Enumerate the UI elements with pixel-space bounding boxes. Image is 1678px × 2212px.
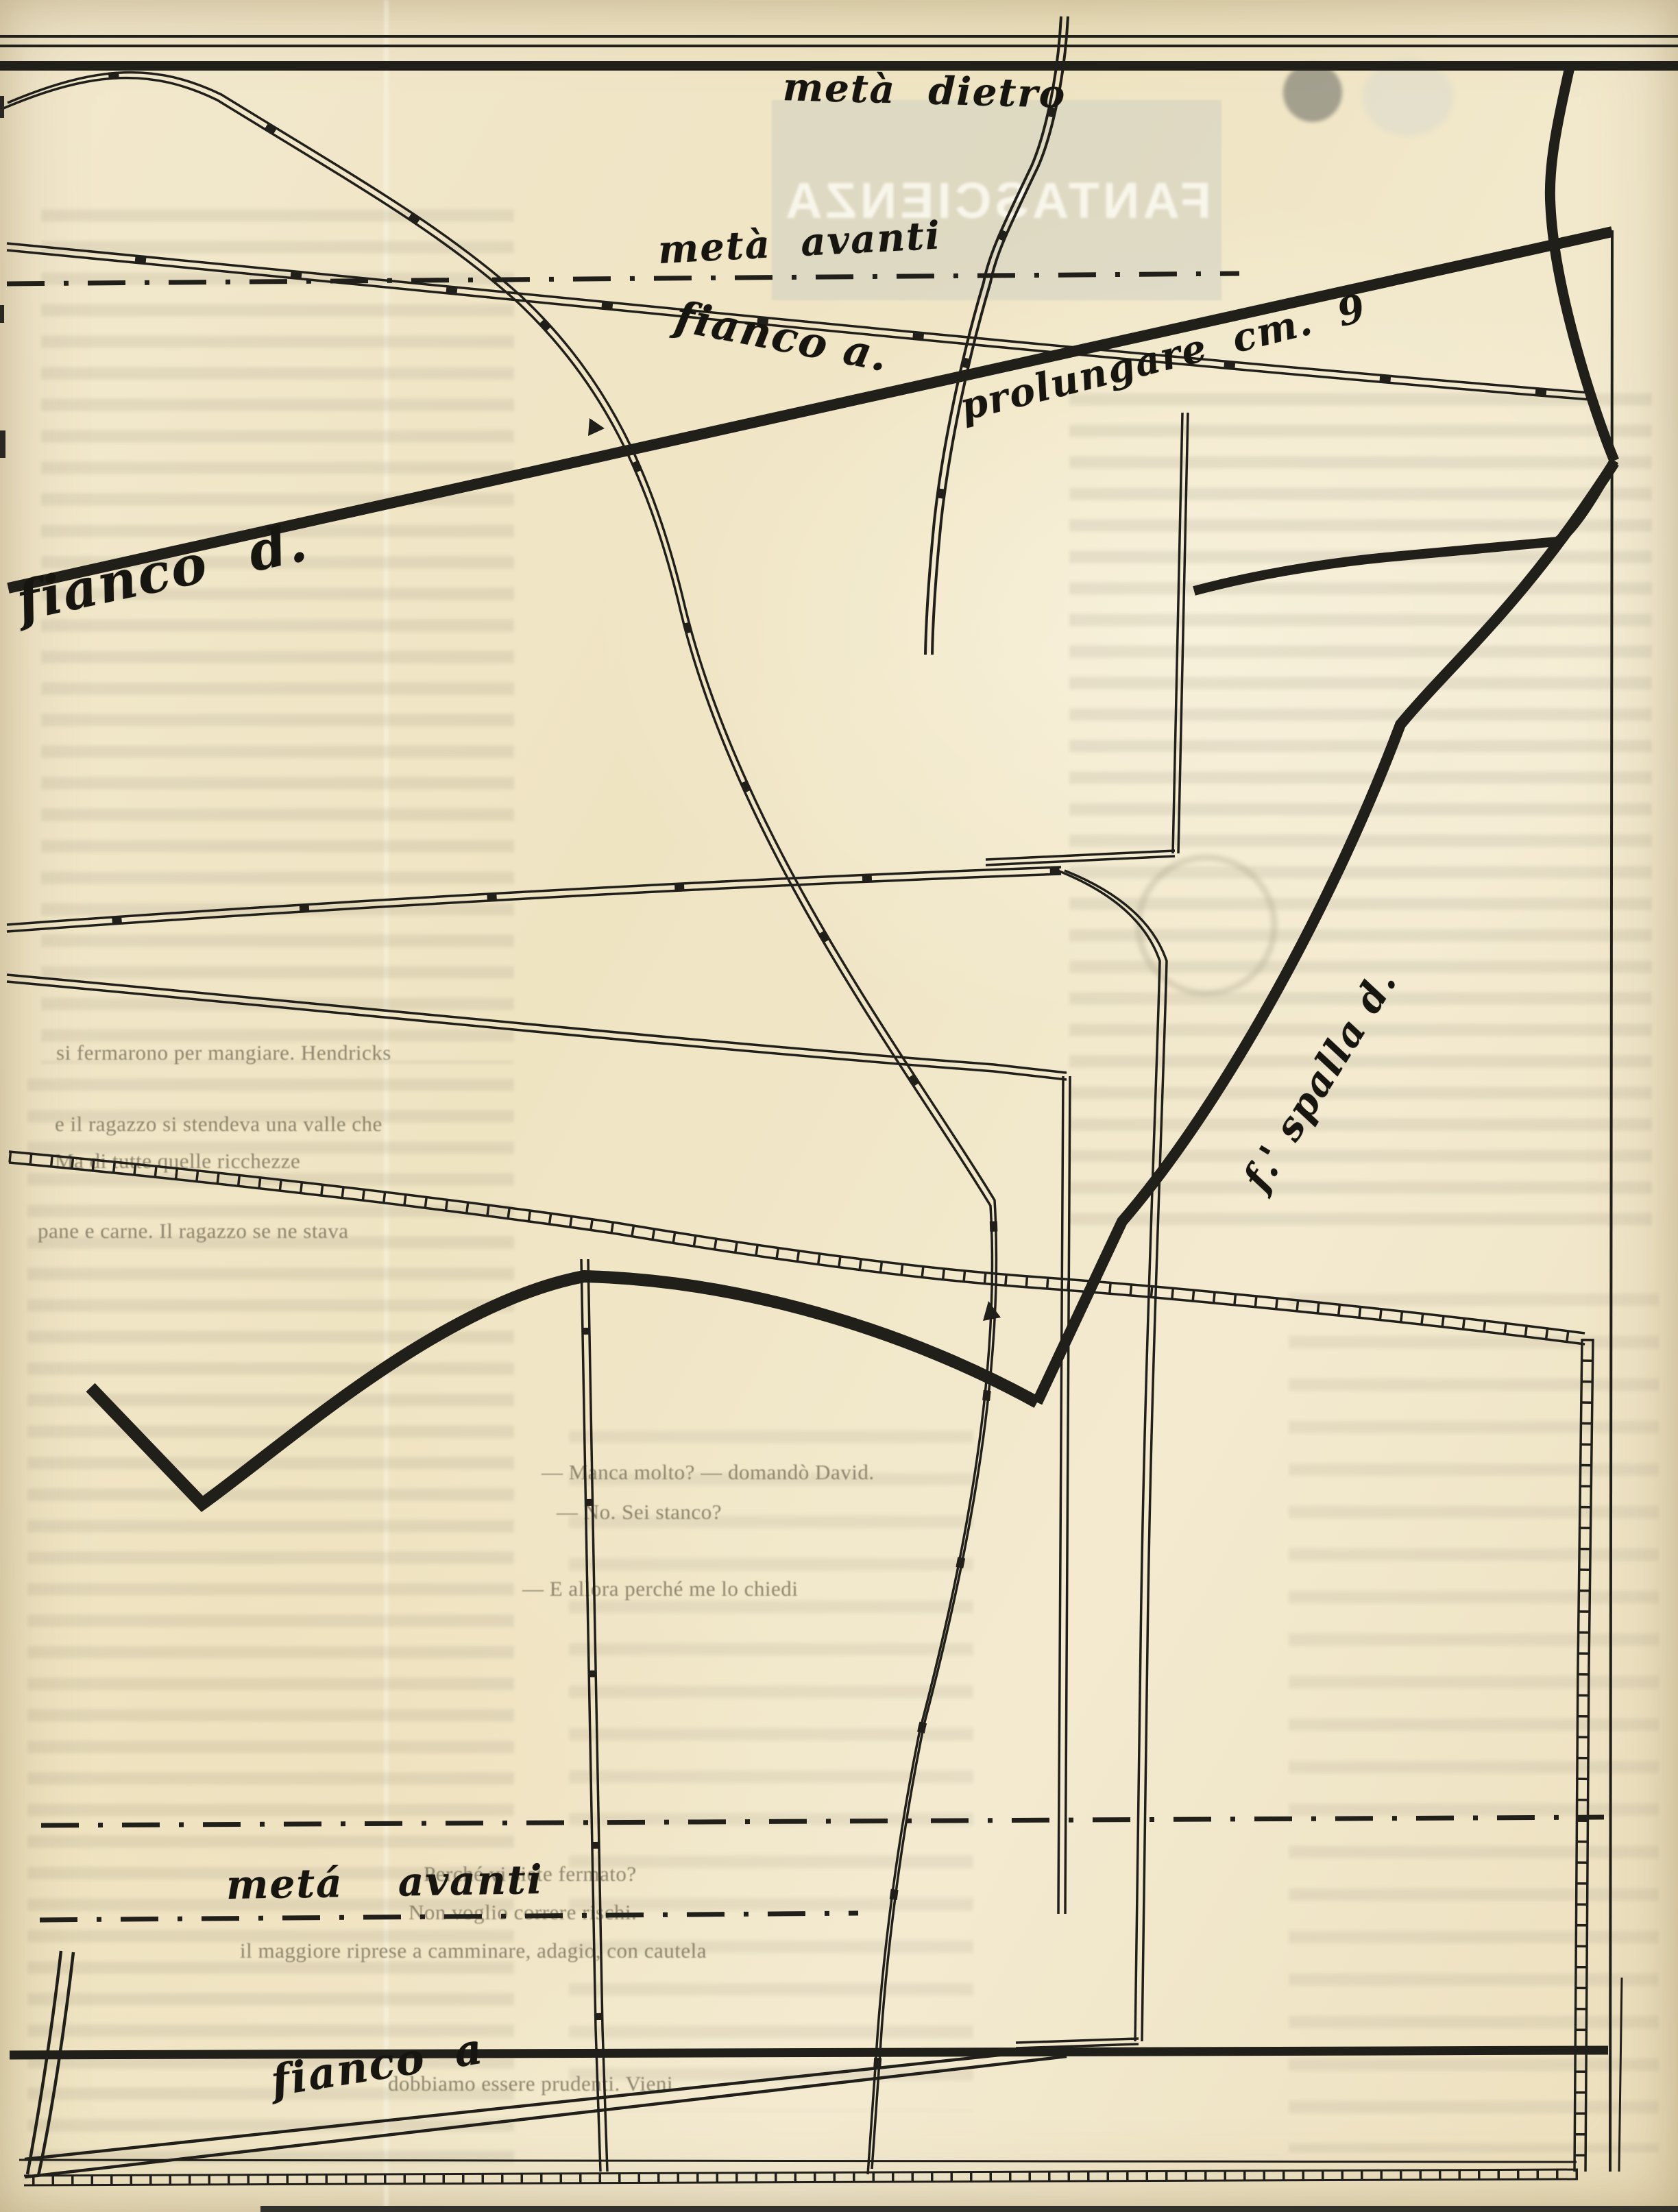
cut-curve-neckline <box>90 1276 1037 1504</box>
hatched-band-horizontal <box>9 1152 1585 1344</box>
label-meta-avanti-bottom: metá avanti <box>226 1856 544 1908</box>
label-meta-dietro: metà dietro <box>782 64 1067 117</box>
fold-line-mid-bottom <box>41 1817 1604 1825</box>
seam-line-mid-left <box>7 867 1167 2048</box>
cut-line-bottom <box>10 2050 1608 2055</box>
cut-line-fianco-a-bottom <box>25 2049 1067 2177</box>
bottom-thin-rule <box>19 2160 1577 2162</box>
top-rules <box>0 36 1678 66</box>
seam-line-centre-vertical <box>581 1259 607 2172</box>
hatched-band-bottom <box>24 2170 1578 2185</box>
edge-line-right <box>1610 230 1614 2172</box>
fold-line-meta-avanti-top <box>7 274 1239 284</box>
seam-corner-piece <box>986 413 1188 865</box>
pattern-sheet-page: FANTASCIENZA si fermarono per mangiare. … <box>0 0 1678 2212</box>
cut-line-spalla <box>1037 463 1614 1402</box>
curve-bottom-left <box>27 1951 73 2176</box>
fold-line-meta-avanti-bottom <box>40 1913 858 1920</box>
edge-line-right-partner <box>1619 1978 1622 2172</box>
